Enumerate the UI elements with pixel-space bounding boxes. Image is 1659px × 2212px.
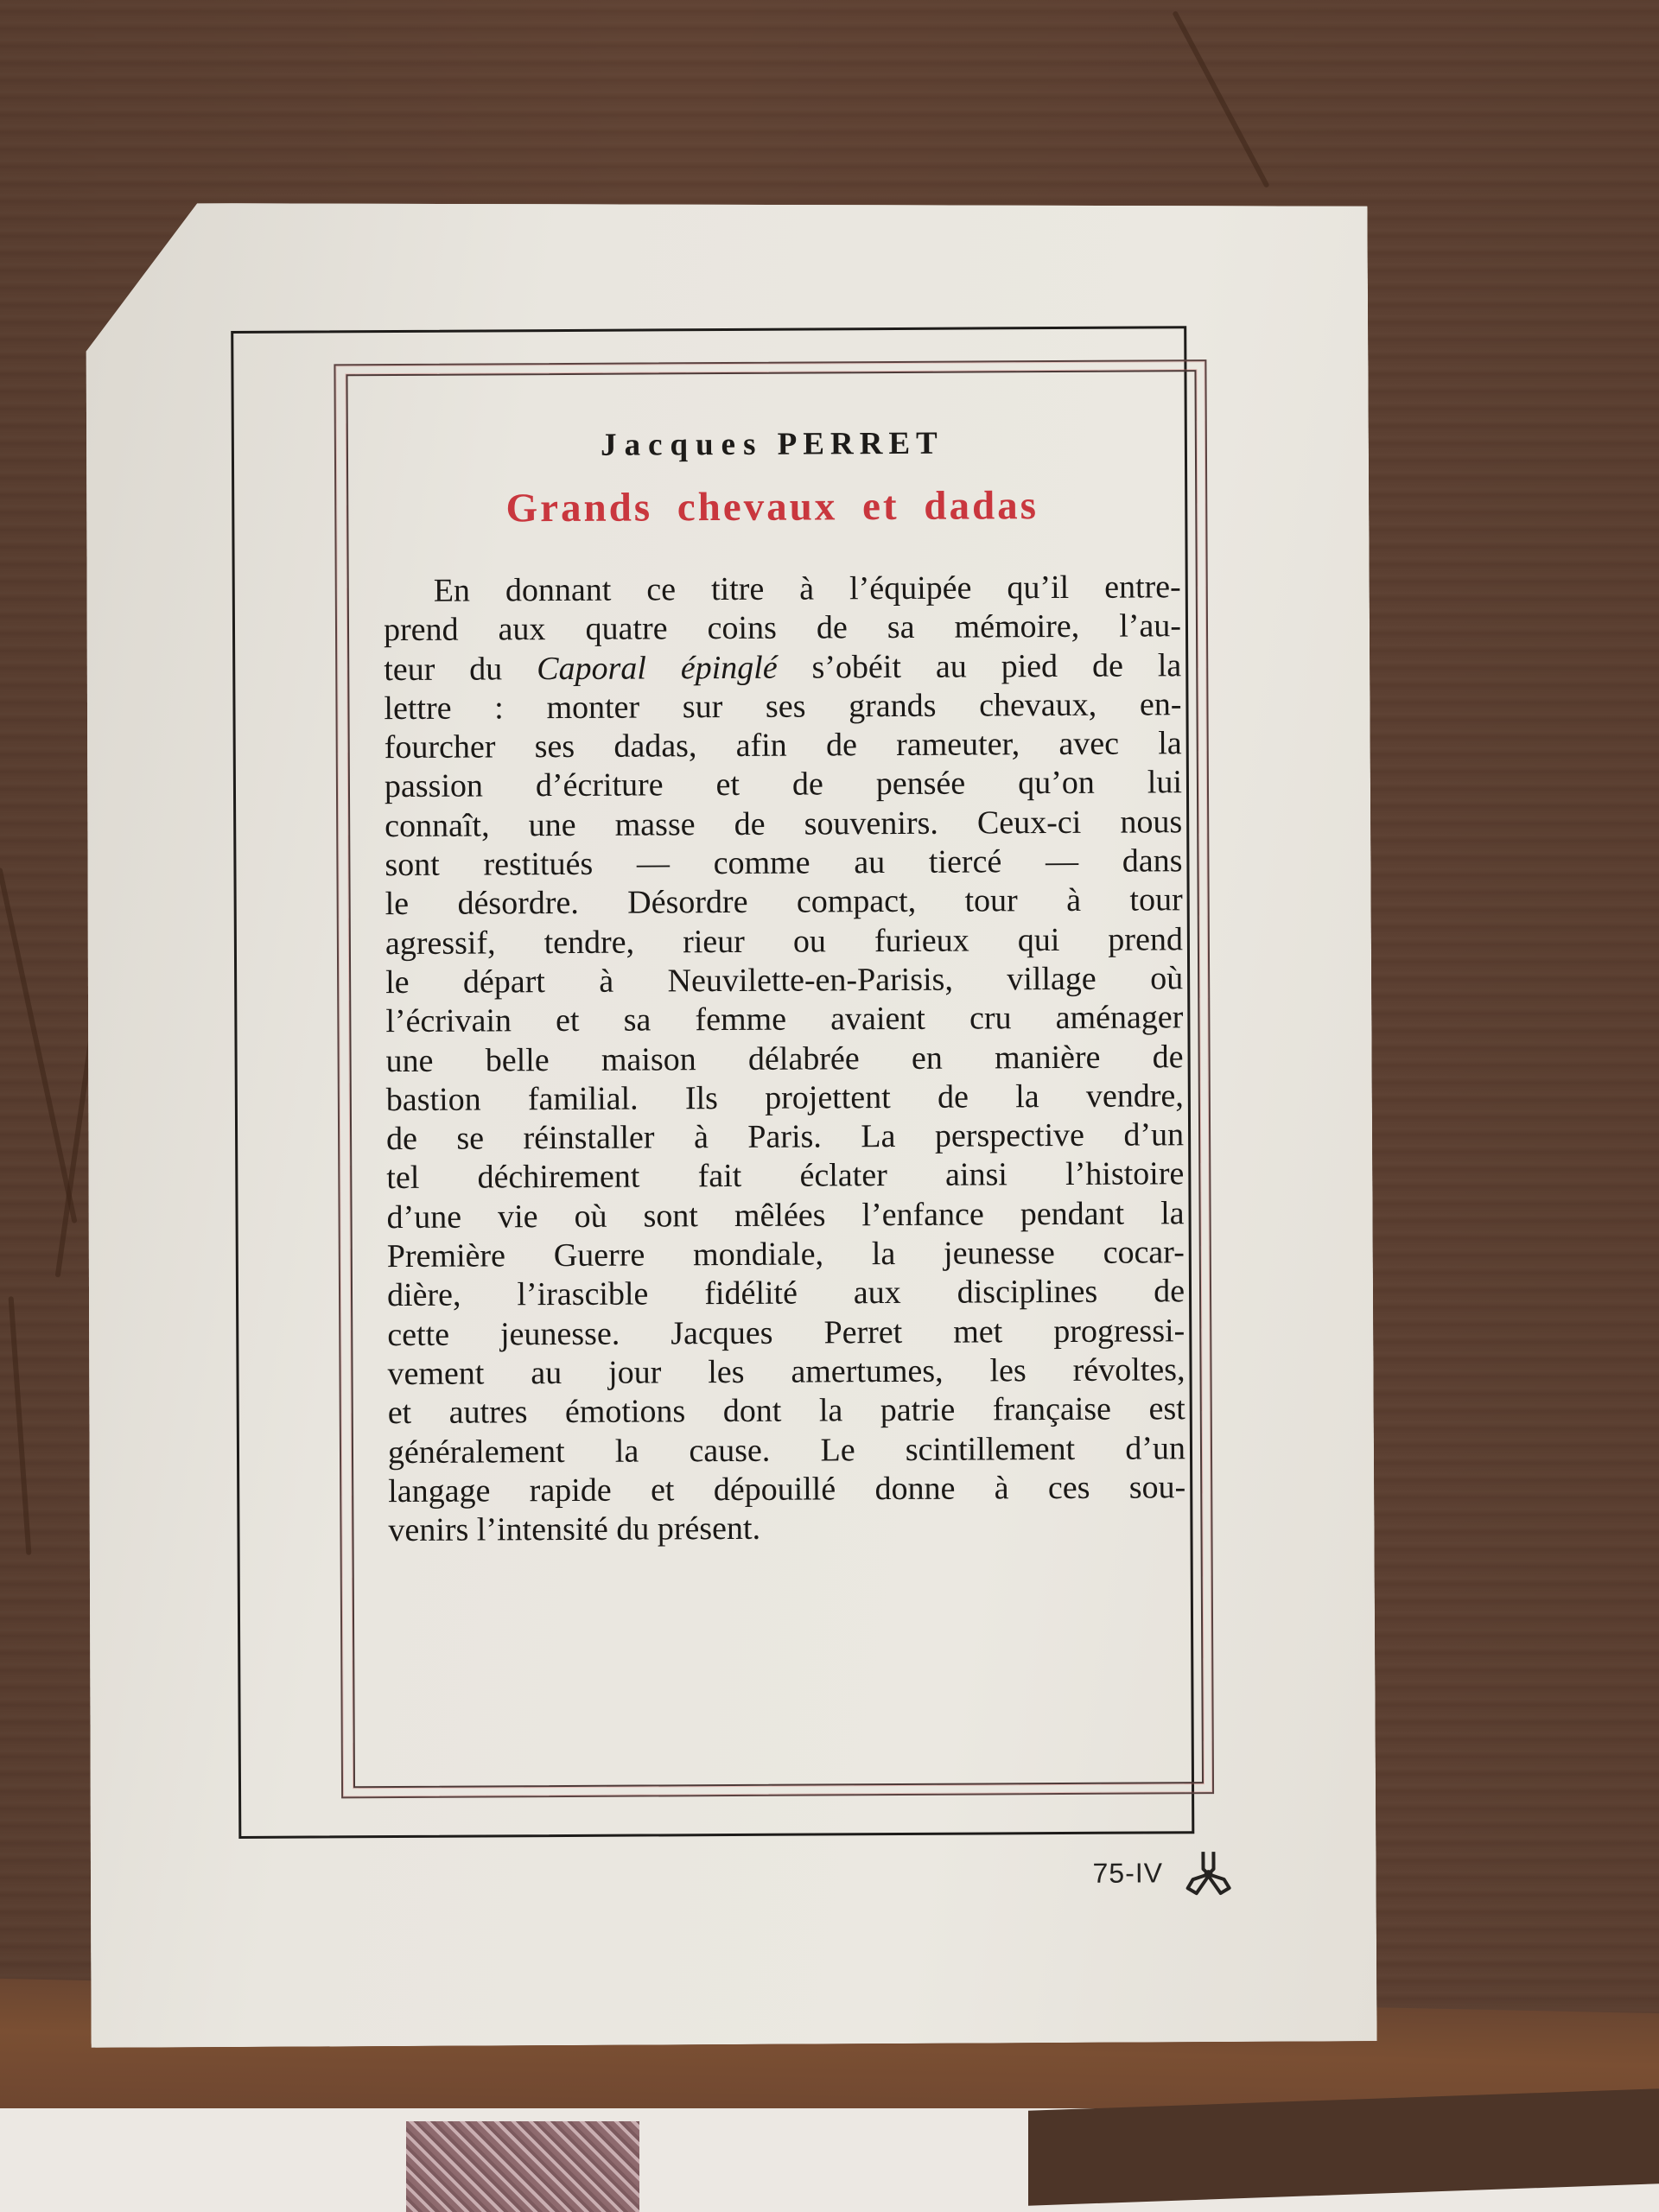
blurb-line: lettre : monter sur ses grands chevaux, …: [384, 685, 1181, 728]
trefoil-publisher-mark-icon: [1180, 1847, 1236, 1902]
blurb-line: fourcher ses dadas, afin de rameuter, av…: [385, 724, 1182, 767]
italic-work-title: Caporal épinglé: [537, 649, 778, 686]
blurb-line: le désordre. Désordre compact, tour à to…: [385, 881, 1183, 925]
blurb-line: sont restitués — comme au tiercé — dans: [385, 842, 1182, 885]
blurb-line: généralement la cause. Le scintillement …: [388, 1429, 1185, 1472]
author-last-name: PERRET: [778, 426, 944, 462]
wood-grain-streak: [1172, 10, 1269, 188]
blurb-line: teur du Caporal épinglé s’obéit au pied …: [384, 646, 1181, 690]
blurb-line: l’écrivain et sa femme avaient cru aména…: [385, 999, 1183, 1042]
blurb-line: Première Guerre mondiale, la jeunesse co…: [387, 1233, 1185, 1276]
blurb-line: le départ à Neuvilette-en-Parisis, villa…: [385, 959, 1183, 1002]
book-title: Grands chevaux et dadas: [364, 481, 1180, 532]
floor-rug: [406, 2121, 639, 2212]
blurb-line: vement au jour les amertumes, les révolt…: [387, 1351, 1185, 1394]
blurb-line: de se réinstaller à Paris. La perspectiv…: [386, 1116, 1184, 1159]
blurb-line: langage rapide et dépouillé donne à ces …: [388, 1468, 1185, 1511]
book-blurb: En donnant ce titre à l’équipée qu’il en…: [365, 568, 1186, 1550]
blurb-line: une belle maison délabrée en manière de: [386, 1038, 1184, 1081]
outer-black-frame: Jacques PERRET Grands chevaux et dadas E…: [231, 326, 1194, 1839]
blurb-line: passion d’écriture et de pensée qu’on lu…: [385, 764, 1182, 807]
cover-text-block: Jacques PERRET Grands chevaux et dadas E…: [364, 423, 1186, 1550]
blurb-line: prend aux quatre coins de sa mémoire, l’…: [384, 607, 1181, 651]
blurb-line: tel déchirement fait éclater ainsi l’his…: [386, 1155, 1184, 1198]
blurb-line: En donnant ce titre à l’équipée qu’il en…: [384, 568, 1181, 611]
blurb-line: agressif, tendre, rieur ou furieux qui p…: [385, 920, 1183, 963]
author-name: Jacques PERRET: [364, 423, 1180, 465]
blurb-line: connaît, une masse de souvenirs. Ceux-ci…: [385, 803, 1182, 846]
blurb-line: bastion familial. Ils projettent de la v…: [386, 1077, 1184, 1120]
blurb-line: d’une vie où sont mêlées l’enfance penda…: [386, 1194, 1184, 1237]
book-back-cover: Jacques PERRET Grands chevaux et dadas E…: [81, 197, 1376, 2048]
catalog-code: 75-IV: [1092, 1857, 1163, 1889]
blurb-line: et autres émotions dont la patrie frança…: [388, 1389, 1185, 1433]
photo-scene: Jacques PERRET Grands chevaux et dadas E…: [0, 0, 1659, 2212]
wood-grain-streak: [0, 868, 78, 1224]
blurb-line: venirs l’intensité du présent.: [388, 1507, 1185, 1550]
wood-grain-streak: [9, 1296, 32, 1555]
blurb-line: dière, l’irascible fidélité aux discipli…: [387, 1273, 1185, 1316]
author-first-name: Jacques: [601, 427, 764, 463]
blurb-line: cette jeunesse. Jacques Perret met progr…: [387, 1312, 1185, 1355]
